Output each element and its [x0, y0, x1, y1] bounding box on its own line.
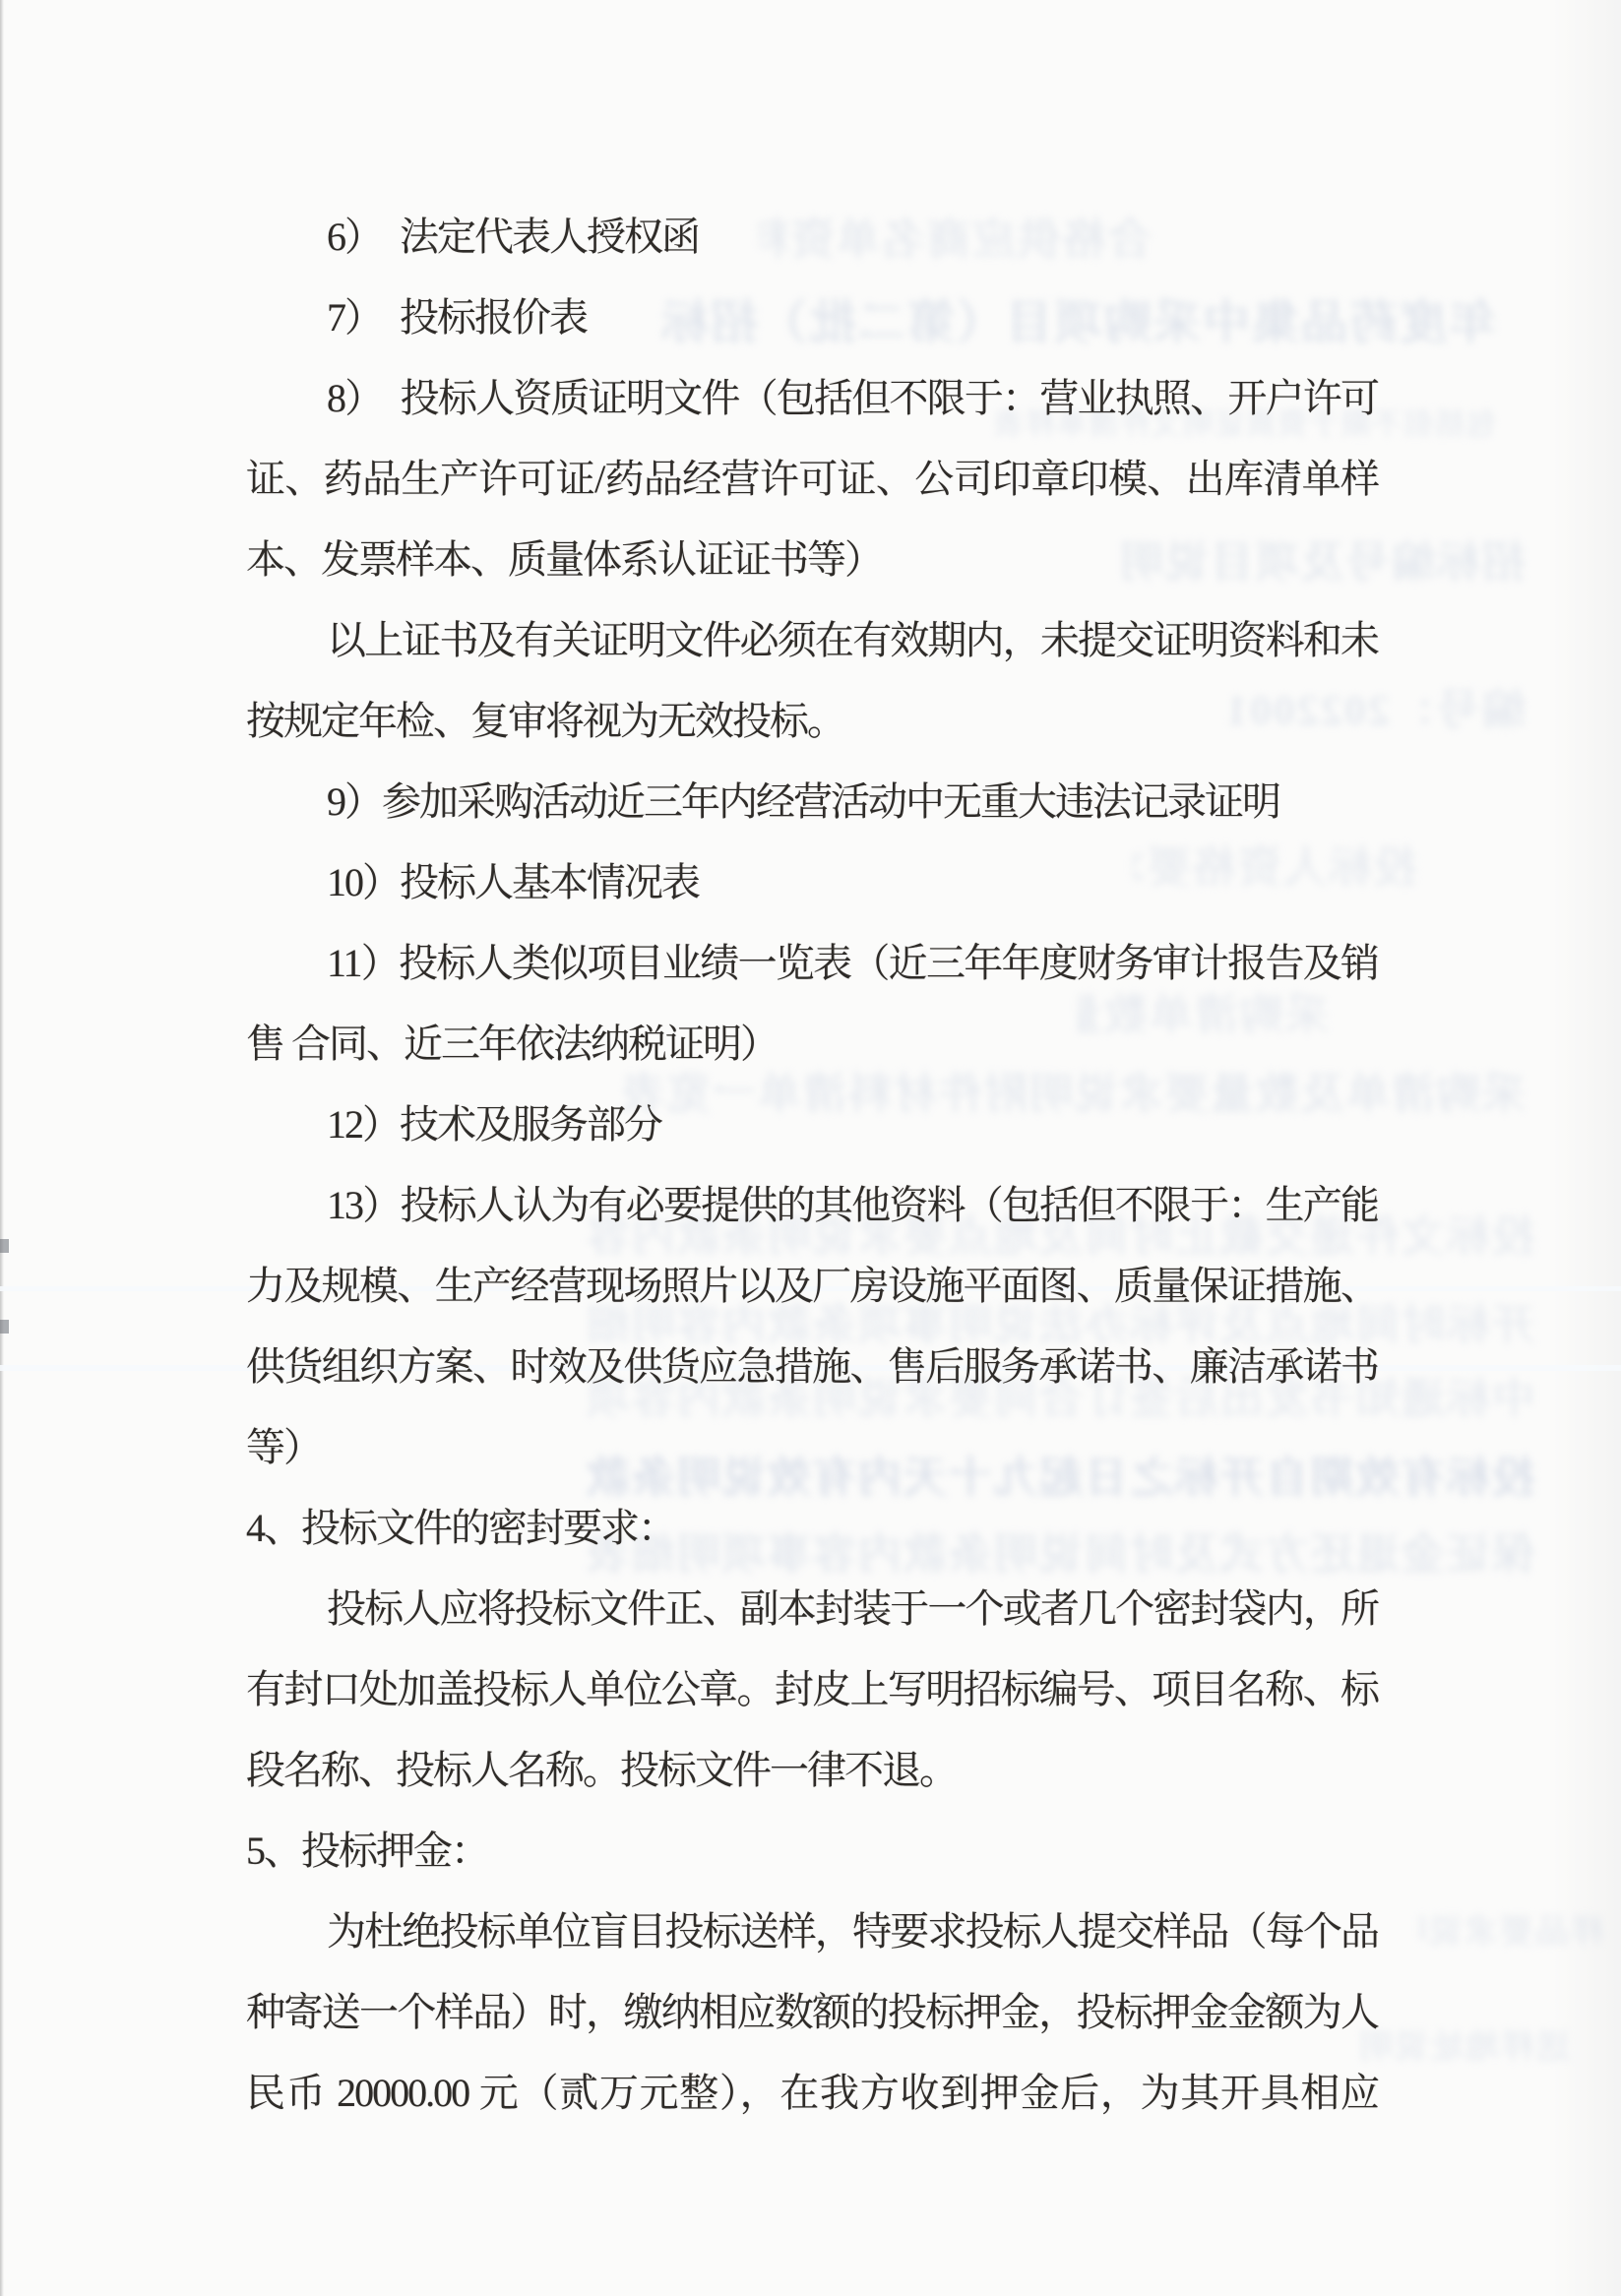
text-line: 力及规模、生产经营现场照片以及厂房设施平面图、质量保证措施、 [246, 1246, 1378, 1327]
text-line: 售 合同、近三年依法纳税证明） [246, 1004, 1378, 1085]
text-line: 12）技术及服务部分 [246, 1085, 1378, 1165]
text-line: 9）参加采购活动近三年内经营活动中无重大违法记录证明 [246, 762, 1378, 842]
scanned-document-page: 合格供应商名单资料 年度药品集中采购项目（第二批）招标 包括但不限于资质证明文件… [0, 0, 1621, 2296]
text-line: 证、药品生产许可证/药品经营许可证、公司印章印模、出库清单样 [246, 439, 1378, 520]
page-right-edge-shade [1552, 0, 1621, 2296]
bleed-fragment: 送样地址说明 [1358, 2029, 1570, 2066]
text-line: 按规定年检、复审将视为无效投标。 [246, 681, 1378, 762]
text-line: 8） 投标人资质证明文件（包括但不限于：营业执照、开户许可 [246, 358, 1378, 439]
page-left-edge-shadow [0, 0, 4, 2296]
text-line: 民币 20000.00 元（贰万元整），在我方收到押金后，为其开具相应 [246, 2053, 1378, 2134]
text-line: 11）投标人类似项目业绩一览表（近三年年度财务审计报告及销 [246, 923, 1378, 1004]
text-line: 段名称、投标人名称。投标文件一律不退。 [246, 1730, 1378, 1811]
text-line: 投标人应将投标文件正、副本封装于一个或者几个密封袋内，所 [246, 1569, 1378, 1649]
document-text: 6） 法定代表人授权函 7） 投标报价表 8） 投标人资质证明文件（包括但不限于… [246, 197, 1378, 2134]
text-line: 5、投标押金： [246, 1811, 1378, 1892]
text-line: 等） [246, 1407, 1378, 1488]
text-line: 供货组织方案、时效及供货应急措施、售后服务承诺书、廉洁承诺书 [246, 1327, 1378, 1407]
text-line: 本、发票样本、质量体系认证证书等） [246, 520, 1378, 600]
edge-mark [0, 1239, 9, 1253]
text-line: 4、投标文件的密封要求： [246, 1488, 1378, 1569]
edge-mark [0, 1320, 9, 1334]
text-line: 为杜绝投标单位盲目投标送样，特要求投标人提交样品（每个品 [246, 1892, 1378, 1972]
text-line: 7） 投标报价表 [246, 278, 1378, 358]
text-line: 种寄送一个样品）时，缴纳相应数额的投标押金，投标押金金额为人 [246, 1972, 1378, 2053]
text-line: 13）投标人认为有必要提供的其他资料（包括但不限于：生产能 [246, 1165, 1378, 1246]
text-line: 10）投标人基本情况表 [246, 842, 1378, 923]
text-line: 以上证书及有关证明文件必须在有效期内，未提交证明资料和未 [246, 600, 1378, 681]
text-line: 6） 法定代表人授权函 [246, 197, 1378, 278]
text-line: 有封口处加盖投标人单位公章。封皮上写明招标编号、项目名称、标 [246, 1649, 1378, 1730]
bleed-through-text: 送样地址说明 [1358, 2029, 1570, 2069]
